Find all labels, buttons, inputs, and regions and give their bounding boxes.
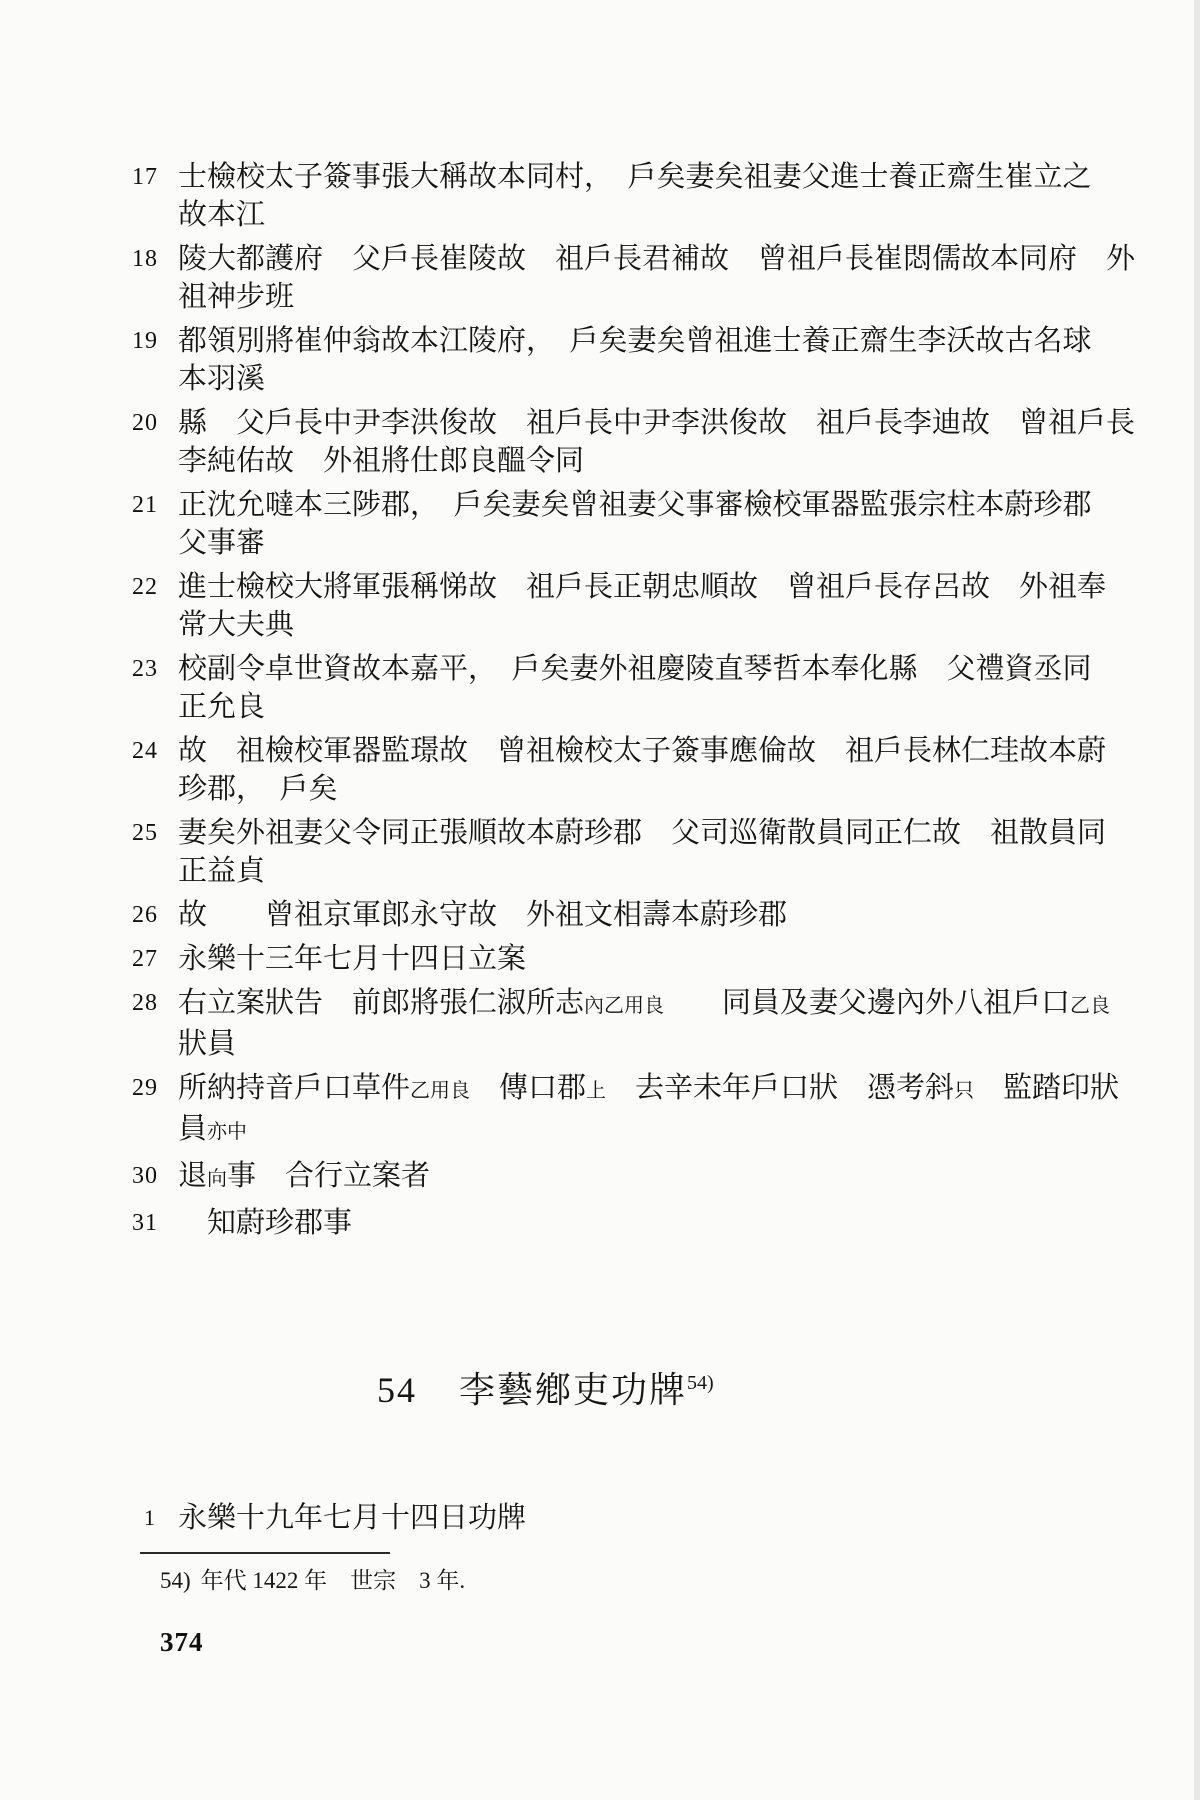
line-number: 23 xyxy=(132,650,178,688)
line-text: 妻矣外祖妻父令同正張順故本蔚珍郡 父司巡衛散員同正仁故 祖散員同正益貞 xyxy=(178,814,1160,890)
transcription-line: 22進士檢校大將軍張稱悌故 祖戶長正朝忠順故 曾祖戶長存呂故 外祖奉常大夫典 xyxy=(132,568,1160,644)
text-row: 正沈允噠本三陟郡， 戶矣妻矣曾祖妻父事審檢校軍器監張宗柱本蔚珍郡 xyxy=(178,486,1160,524)
text-segment: 所納持音戶口草件 xyxy=(178,1072,410,1104)
text-row: 都領別將崔仲翁故本江陵府， 戶矣妻矣曾祖進士養正齋生李沃故古名球 xyxy=(178,322,1160,360)
text-segment: 永樂十三年七月十四日立案 xyxy=(178,943,526,975)
transcription-line: 30退向事 合行立案者 xyxy=(132,1157,1160,1198)
text-segment: 都領別將崔仲翁故本江陵府， 戶矣妻矣曾祖進士養正齋生李沃故古名球 xyxy=(178,325,1092,357)
text-row: 祖神步班 xyxy=(178,278,1160,316)
page-number: 374 xyxy=(160,1627,1160,1658)
text-segment: 進士檢校大將軍張稱悌故 祖戶長正朝忠順故 曾祖戶長存呂故 外祖奉 xyxy=(178,571,1106,603)
text-row: 知蔚珍郡事 xyxy=(178,1204,1160,1242)
text-segment: 本羽溪 xyxy=(178,363,265,395)
line-text: 進士檢校大將軍張稱悌故 祖戶長正朝忠順故 曾祖戶長存呂故 外祖奉常大夫典 xyxy=(178,568,1160,644)
text-segment: 士檢校太子簽事張大稱故本同村， 戶矣妻矣祖妻父進士養正齋生崔立之 xyxy=(178,161,1092,193)
text-row: 妻矣外祖妻父令同正張順故本蔚珍郡 父司巡衛散員同正仁故 祖散員同 xyxy=(178,814,1160,852)
idu-gloss: 向 xyxy=(207,1168,227,1190)
line-text: 永樂十三年七月十四日立案 xyxy=(178,940,1160,978)
line-text: 所納持音戶口草件乙用良 傳口郡上 去辛未年戶口狀 憑考斜只 監踏印狀員亦中 xyxy=(178,1069,1160,1151)
text-segment: 父事審 xyxy=(178,527,265,559)
line-number: 22 xyxy=(132,568,178,606)
transcription-line: 20縣 父戶長中尹李洪俊故 祖戶長中尹李洪俊故 祖戶長李迪故 曾祖戶長李純佑故 … xyxy=(132,404,1160,480)
text-segment: 故本江 xyxy=(178,199,265,231)
footnote: 54)年代 1422 年 世宗 3 年. xyxy=(160,1562,1160,1595)
text-row: 士檢校太子簽事張大稱故本同村， 戶矣妻矣祖妻父進士養正齋生崔立之 xyxy=(178,158,1160,196)
text-segment: 常大夫典 xyxy=(178,609,294,641)
text-row: 故 曾祖京軍郎永守故 外祖文相壽本蔚珍郡 xyxy=(178,896,1160,934)
footnote-rule xyxy=(140,1552,390,1554)
line-number: 17 xyxy=(132,158,178,196)
text-segment: 妻矣外祖妻父令同正張順故本蔚珍郡 父司巡衛散員同正仁故 祖散員同 xyxy=(178,817,1106,849)
heading-number: 54 xyxy=(377,1370,417,1410)
line-number: 30 xyxy=(132,1157,178,1195)
scan-edge-shadow xyxy=(1194,0,1200,1800)
idu-gloss: 亦中 xyxy=(207,1121,247,1143)
transcription-line: 29所納持音戶口草件乙用良 傳口郡上 去辛未年戶口狀 憑考斜只 監踏印狀員亦中 xyxy=(132,1069,1160,1151)
text-segment: 珍郡， 戶矣 xyxy=(178,773,338,805)
text-segment: 祖神步班 xyxy=(178,281,294,313)
transcription-line: 28右立案狀告 前郎將張仁淑所志內乙用良 同員及妻父邊內外八祖戶口乙良狀員 xyxy=(132,984,1160,1063)
heading-footnote-ref: 54) xyxy=(687,1372,714,1394)
text-row: 父事審 xyxy=(178,524,1160,562)
line-number: 19 xyxy=(132,322,178,360)
line-text: 縣 父戶長中尹李洪俊故 祖戶長中尹李洪俊故 祖戶長李迪故 曾祖戶長李純佑故 外祖… xyxy=(178,404,1160,480)
text-segment: 監踏印狀 xyxy=(974,1072,1119,1104)
line-text: 士檢校太子簽事張大稱故本同村， 戶矣妻矣祖妻父進士養正齋生崔立之故本江 xyxy=(178,158,1160,234)
text-segment: 知蔚珍郡事 xyxy=(178,1207,352,1239)
text-row: 故 祖檢校軍器監璟故 曾祖檢校太子簽事應倫故 祖戶長林仁珪故本蔚 xyxy=(178,732,1160,770)
text-segment: 事 合行立案者 xyxy=(227,1160,430,1192)
footnote-text: 年代 1422 年 世宗 3 年. xyxy=(201,1568,466,1593)
text-row: 狀員 xyxy=(178,1025,1160,1063)
text-segment: 同員及妻父邊內外八祖戶口 xyxy=(664,987,1070,1019)
text-row: 珍郡， 戶矣 xyxy=(178,770,1160,808)
text-row: 本羽溪 xyxy=(178,360,1160,398)
text-segment: 李純佑故 外祖將仕郎良醞令同 xyxy=(178,445,584,477)
text-segment: 陵大都護府 父戶長崔陵故 祖戶長君補故 曾祖戶長崔悶儒故本同府 外 xyxy=(178,243,1135,275)
document-page: 17士檢校太子簽事張大稱故本同村， 戶矣妻矣祖妻父進士養正齋生崔立之故本江18陵… xyxy=(0,0,1200,1658)
text-row: 退向事 合行立案者 xyxy=(178,1157,1160,1198)
line-number: 21 xyxy=(132,486,178,524)
text-segment: 退 xyxy=(178,1160,207,1192)
text-row: 故本江 xyxy=(178,196,1160,234)
transcription-line: 19都領別將崔仲翁故本江陵府， 戶矣妻矣曾祖進士養正齋生李沃故古名球本羽溪 xyxy=(132,322,1160,398)
line-text: 正沈允噠本三陟郡， 戶矣妻矣曾祖妻父事審檢校軍器監張宗柱本蔚珍郡父事審 xyxy=(178,486,1160,562)
text-row: 縣 父戶長中尹李洪俊故 祖戶長中尹李洪俊故 祖戶長李迪故 曾祖戶長 xyxy=(178,404,1160,442)
line-number: 20 xyxy=(132,404,178,442)
transcription-line: 27永樂十三年七月十四日立案 xyxy=(132,940,1160,978)
transcription-line: 21正沈允噠本三陟郡， 戶矣妻矣曾祖妻父事審檢校軍器監張宗柱本蔚珍郡父事審 xyxy=(132,486,1160,562)
line-text: 都領別將崔仲翁故本江陵府， 戶矣妻矣曾祖進士養正齋生李沃故古名球本羽溪 xyxy=(178,322,1160,398)
text-row: 永樂十三年七月十四日立案 xyxy=(178,940,1160,978)
text-row: 陵大都護府 父戶長崔陵故 祖戶長君補故 曾祖戶長崔悶儒故本同府 外 xyxy=(178,240,1160,278)
text-row: 校副令卓世資故本嘉平， 戶矣妻外祖慶陵直琴哲本奉化縣 父禮資丞同 xyxy=(178,650,1160,688)
line-text: 知蔚珍郡事 xyxy=(178,1204,1160,1242)
text-segment: 校副令卓世資故本嘉平， 戶矣妻外祖慶陵直琴哲本奉化縣 父禮資丞同 xyxy=(178,653,1092,685)
text-segment: 故 曾祖京軍郎永守故 外祖文相壽本蔚珍郡 xyxy=(178,899,787,931)
text-segment: 縣 父戶長中尹李洪俊故 祖戶長中尹李洪俊故 祖戶長李迪故 曾祖戶長 xyxy=(178,407,1135,439)
line-text: 故 祖檢校軍器監璟故 曾祖檢校太子簽事應倫故 祖戶長林仁珪故本蔚珍郡， 戶矣 xyxy=(178,732,1160,808)
line-number: 24 xyxy=(132,732,178,770)
line-number: 28 xyxy=(132,984,178,1022)
text-segment: 狀員 xyxy=(178,1028,236,1060)
line-text: 陵大都護府 父戶長崔陵故 祖戶長君補故 曾祖戶長崔悶儒故本同府 外祖神步班 xyxy=(178,240,1160,316)
idu-gloss: 乙良 xyxy=(1070,995,1110,1017)
idu-gloss: 乙用良 xyxy=(410,1080,470,1102)
line-text: 退向事 合行立案者 xyxy=(178,1157,1160,1198)
line-number: 29 xyxy=(132,1069,178,1107)
text-segment: 故 祖檢校軍器監璟故 曾祖檢校太子簽事應倫故 祖戶長林仁珪故本蔚 xyxy=(178,735,1106,767)
line-number: 26 xyxy=(132,896,178,934)
line-text: 故 曾祖京軍郎永守故 外祖文相壽本蔚珍郡 xyxy=(178,896,1160,934)
transcription-line: 24故 祖檢校軍器監璟故 曾祖檢校太子簽事應倫故 祖戶長林仁珪故本蔚珍郡， 戶矣 xyxy=(132,732,1160,808)
text-segment: 右立案狀告 前郎將張仁淑所志 xyxy=(178,987,584,1019)
transcription-line: 25妻矣外祖妻父令同正張順故本蔚珍郡 父司巡衛散員同正仁故 祖散員同正益貞 xyxy=(132,814,1160,890)
text-row: 常大夫典 xyxy=(178,606,1160,644)
entry-line-text: 永樂十九年七月十四日功牌 xyxy=(178,1498,526,1538)
text-row: 進士檢校大將軍張稱悌故 祖戶長正朝忠順故 曾祖戶長存呂故 外祖奉 xyxy=(178,568,1160,606)
text-row: 員亦中 xyxy=(178,1110,1160,1151)
transcription-line: 17士檢校太子簽事張大稱故本同村， 戶矣妻矣祖妻父進士養正齋生崔立之故本江 xyxy=(132,158,1160,234)
transcription-line: 26故 曾祖京軍郎永守故 外祖文相壽本蔚珍郡 xyxy=(132,896,1160,934)
text-segment: 正益貞 xyxy=(178,855,265,887)
text-row: 正允良 xyxy=(178,688,1160,726)
text-segment: 正沈允噠本三陟郡， 戶矣妻矣曾祖妻父事審檢校軍器監張宗柱本蔚珍郡 xyxy=(178,489,1092,521)
transcription-line: 31 知蔚珍郡事 xyxy=(132,1204,1160,1242)
entry-line-number: 1 xyxy=(132,1498,178,1538)
section-heading: 54李藝鄕吏功牌54) xyxy=(377,1362,1160,1413)
line-number: 18 xyxy=(132,240,178,278)
text-segment: 正允良 xyxy=(178,691,265,723)
text-row: 正益貞 xyxy=(178,852,1160,890)
line-number: 25 xyxy=(132,814,178,852)
entry-line: 1 永樂十九年七月十四日功牌 xyxy=(132,1498,1160,1538)
line-text: 右立案狀告 前郎將張仁淑所志內乙用良 同員及妻父邊內外八祖戶口乙良狀員 xyxy=(178,984,1160,1063)
text-segment: 傳口郡 xyxy=(470,1072,586,1104)
heading-title: 李藝鄕吏功牌 xyxy=(459,1370,687,1410)
idu-gloss: 內乙用良 xyxy=(584,995,664,1017)
footnote-label: 54) xyxy=(160,1568,191,1593)
text-row: 李純佑故 外祖將仕郎良醞令同 xyxy=(178,442,1160,480)
text-segment: 去辛未年戶口狀 憑考斜 xyxy=(606,1072,954,1104)
idu-gloss: 上 xyxy=(586,1080,606,1102)
line-number: 31 xyxy=(132,1204,178,1242)
text-row: 所納持音戶口草件乙用良 傳口郡上 去辛未年戶口狀 憑考斜只 監踏印狀 xyxy=(178,1069,1160,1110)
text-segment: 員 xyxy=(178,1113,207,1145)
text-row: 右立案狀告 前郎將張仁淑所志內乙用良 同員及妻父邊內外八祖戶口乙良 xyxy=(178,984,1160,1025)
transcription-list: 17士檢校太子簽事張大稱故本同村， 戶矣妻矣祖妻父進士養正齋生崔立之故本江18陵… xyxy=(132,158,1160,1242)
transcription-line: 23校副令卓世資故本嘉平， 戶矣妻外祖慶陵直琴哲本奉化縣 父禮資丞同正允良 xyxy=(132,650,1160,726)
transcription-line: 18陵大都護府 父戶長崔陵故 祖戶長君補故 曾祖戶長崔悶儒故本同府 外祖神步班 xyxy=(132,240,1160,316)
line-text: 校副令卓世資故本嘉平， 戶矣妻外祖慶陵直琴哲本奉化縣 父禮資丞同正允良 xyxy=(178,650,1160,726)
line-number: 27 xyxy=(132,940,178,978)
idu-gloss: 只 xyxy=(954,1080,974,1102)
